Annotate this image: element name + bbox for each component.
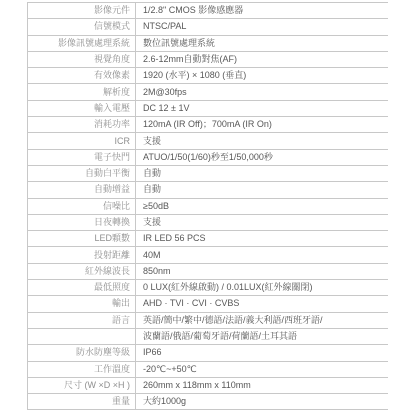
spec-row: 語言英語/簡中/繁中/德語/法語/義大利語/西班牙語/ bbox=[28, 312, 388, 328]
spec-value: AHD · TVI · CVI · CVBS bbox=[136, 296, 388, 312]
spec-table-body: 影像元件1/2.8" CMOS 影像感應器信號模式NTSC/PAL影像訊號處理系… bbox=[28, 3, 388, 410]
spec-label: LED顆數 bbox=[28, 231, 136, 247]
spec-row: 投射距離40M bbox=[28, 247, 388, 263]
spec-value: -20℃~+50℃ bbox=[136, 361, 388, 377]
spec-value: 0 LUX(紅外線啟動) / 0.01LUX(紅外線關閉) bbox=[136, 280, 388, 296]
spec-value: 英語/簡中/繁中/德語/法語/義大利語/西班牙語/ bbox=[136, 312, 388, 328]
spec-row: 消耗功率120mA (IR Off)；700mA (IR On) bbox=[28, 117, 388, 133]
spec-row: 自動增益自動 bbox=[28, 182, 388, 198]
spec-row: 信號模式NTSC/PAL bbox=[28, 19, 388, 35]
spec-value: ≥50dB bbox=[136, 198, 388, 214]
spec-label: 自動白平衡 bbox=[28, 165, 136, 181]
spec-value: IR LED 56 PCS bbox=[136, 231, 388, 247]
spec-row: 日夜轉換支援 bbox=[28, 214, 388, 230]
spec-value: 1/2.8" CMOS 影像感應器 bbox=[136, 3, 388, 19]
spec-label: 解析度 bbox=[28, 84, 136, 100]
spec-label: 消耗功率 bbox=[28, 117, 136, 133]
spec-label: 最低照度 bbox=[28, 280, 136, 296]
spec-row: 影像訊號處理系統數位訊號處理系統 bbox=[28, 35, 388, 51]
spec-label: 信噪比 bbox=[28, 198, 136, 214]
spec-label: 紅外線波長 bbox=[28, 263, 136, 279]
spec-value: 850nm bbox=[136, 263, 388, 279]
spec-value: IP66 bbox=[136, 345, 388, 361]
spec-value: 40M bbox=[136, 247, 388, 263]
spec-value: 260mm x 118mm x 110mm bbox=[136, 377, 388, 393]
spec-row: ICR支援 bbox=[28, 133, 388, 149]
spec-row: LED顆數IR LED 56 PCS bbox=[28, 231, 388, 247]
spec-label: 工作溫度 bbox=[28, 361, 136, 377]
spec-value: NTSC/PAL bbox=[136, 19, 388, 35]
spec-row: 信噪比≥50dB bbox=[28, 198, 388, 214]
spec-row: 視覺角度2.6-12mm自動對焦(AF) bbox=[28, 51, 388, 67]
spec-label: 輸入電壓 bbox=[28, 100, 136, 116]
spec-row: 紅外線波長850nm bbox=[28, 263, 388, 279]
spec-label: 語言 bbox=[28, 312, 136, 328]
spec-label: 投射距離 bbox=[28, 247, 136, 263]
spec-row: 輸出AHD · TVI · CVI · CVBS bbox=[28, 296, 388, 312]
spec-row: 防水防塵等級IP66 bbox=[28, 345, 388, 361]
spec-value: ATUO/1/50(1/60)秒至1/50,000秒 bbox=[136, 149, 388, 165]
spec-label: 影像訊號處理系統 bbox=[28, 35, 136, 51]
spec-row: 有效像素1920 (水平) × 1080 (垂直) bbox=[28, 68, 388, 84]
spec-row: 重量大約1000g bbox=[28, 394, 388, 410]
spec-value: 2M@30fps bbox=[136, 84, 388, 100]
spec-table: 影像元件1/2.8" CMOS 影像感應器信號模式NTSC/PAL影像訊號處理系… bbox=[27, 2, 388, 410]
spec-row: 工作溫度-20℃~+50℃ bbox=[28, 361, 388, 377]
spec-value: 支援 bbox=[136, 133, 388, 149]
spec-value: 大約1000g bbox=[136, 394, 388, 410]
spec-value: 支援 bbox=[136, 214, 388, 230]
spec-value: 1920 (水平) × 1080 (垂直) bbox=[136, 68, 388, 84]
spec-row: 自動白平衡自動 bbox=[28, 165, 388, 181]
spec-row: 電子快門ATUO/1/50(1/60)秒至1/50,000秒 bbox=[28, 149, 388, 165]
spec-label: 防水防塵等級 bbox=[28, 345, 136, 361]
spec-row: 最低照度0 LUX(紅外線啟動) / 0.01LUX(紅外線關閉) bbox=[28, 280, 388, 296]
spec-value: 波蘭語/俄語/葡萄牙語/荷蘭語/土耳其語 bbox=[136, 328, 388, 344]
spec-label bbox=[28, 328, 136, 344]
spec-row: 波蘭語/俄語/葡萄牙語/荷蘭語/土耳其語 bbox=[28, 328, 388, 344]
spec-value: 自動 bbox=[136, 165, 388, 181]
spec-label: 日夜轉換 bbox=[28, 214, 136, 230]
spec-value: 120mA (IR Off)；700mA (IR On) bbox=[136, 117, 388, 133]
spec-row: 影像元件1/2.8" CMOS 影像感應器 bbox=[28, 3, 388, 19]
spec-label: 自動增益 bbox=[28, 182, 136, 198]
spec-value: 2.6-12mm自動對焦(AF) bbox=[136, 51, 388, 67]
spec-label: 信號模式 bbox=[28, 19, 136, 35]
spec-label: 影像元件 bbox=[28, 3, 136, 19]
spec-label: 輸出 bbox=[28, 296, 136, 312]
spec-value: DC 12 ± 1V bbox=[136, 100, 388, 116]
spec-row: 解析度2M@30fps bbox=[28, 84, 388, 100]
spec-label: 視覺角度 bbox=[28, 51, 136, 67]
spec-label: 重量 bbox=[28, 394, 136, 410]
spec-row: 輸入電壓DC 12 ± 1V bbox=[28, 100, 388, 116]
spec-label: 尺寸 (W ×D ×H ) bbox=[28, 377, 136, 393]
spec-label: ICR bbox=[28, 133, 136, 149]
spec-label: 電子快門 bbox=[28, 149, 136, 165]
spec-label: 有效像素 bbox=[28, 68, 136, 84]
spec-row: 尺寸 (W ×D ×H )260mm x 118mm x 110mm bbox=[28, 377, 388, 393]
spec-value: 自動 bbox=[136, 182, 388, 198]
spec-value: 數位訊號處理系統 bbox=[136, 35, 388, 51]
